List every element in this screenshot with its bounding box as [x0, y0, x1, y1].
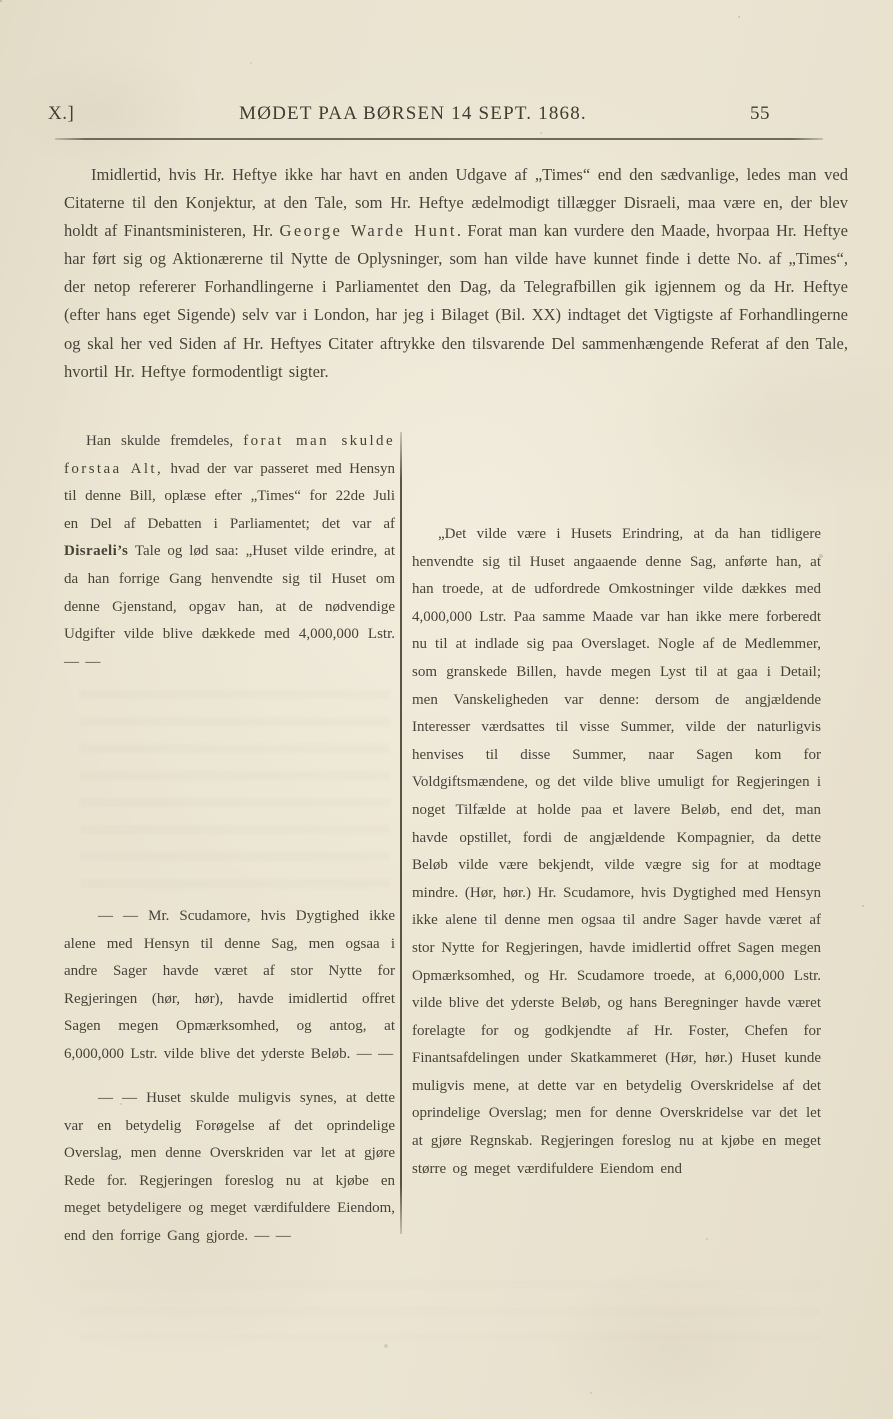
left-column-paragraph-3: — — Huset skulde muligvis synes, at dett… [64, 1085, 395, 1251]
running-title: MØDET PAA BØRSEN 14 SEPT. 1868. [178, 103, 648, 125]
show-through-smudge [80, 690, 390, 890]
column-divider [400, 432, 402, 1234]
right-column-paragraph: „Det vilde være i Husets Erindring, at d… [412, 521, 821, 1183]
running-header: X.] MØDET PAA BØRSEN 14 SEPT. 1868. 55 [48, 101, 845, 129]
show-through-smudge [80, 1280, 820, 1340]
signature-mark: X.] [48, 103, 74, 125]
page-number: 55 [750, 103, 770, 125]
left-column-paragraph-1: Han skulde fremdeles, forat man skulde f… [64, 428, 395, 676]
paper-specks [0, 0, 2, 2]
header-rule [55, 138, 823, 140]
intro-paragraph: Imidlertid, hvis Hr. Heftye ikke har hav… [64, 161, 848, 386]
left-column-paragraph-2: — — Mr. Scudamore, hvis Dygtighed ikke a… [64, 903, 395, 1069]
book-page: X.] MØDET PAA BØRSEN 14 SEPT. 1868. 55 I… [0, 0, 893, 1419]
